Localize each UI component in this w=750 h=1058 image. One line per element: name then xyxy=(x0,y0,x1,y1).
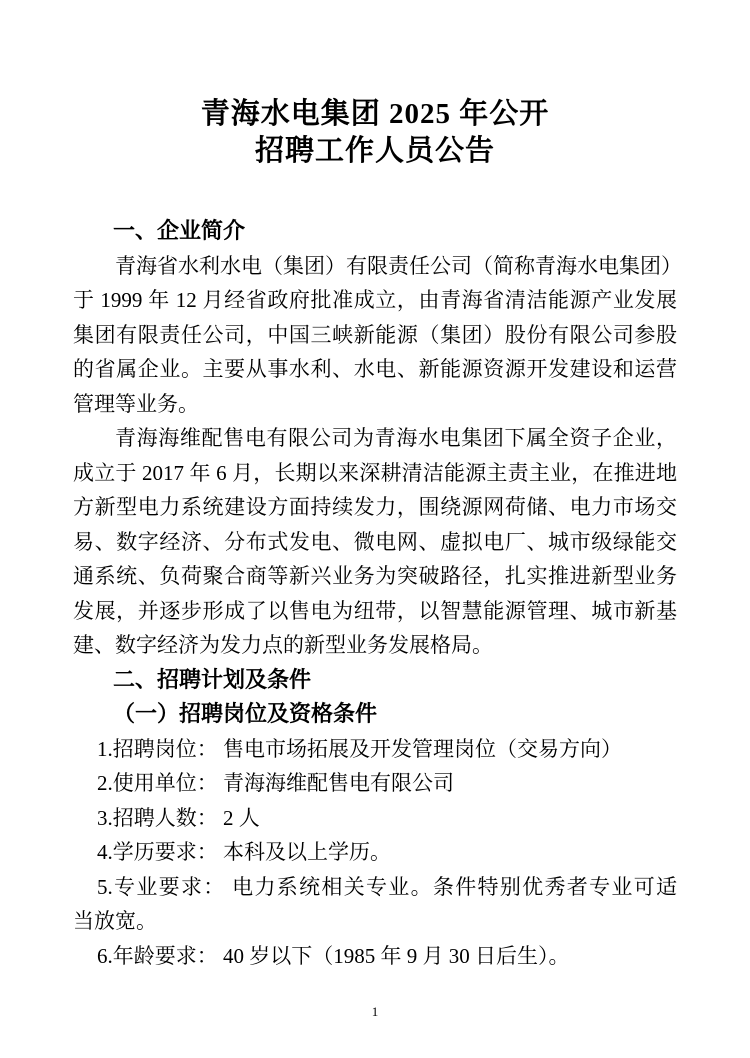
paragraph-line: 成立于 2017 年 6 月，长期以来深耕清洁能源主责主业，在推进地 xyxy=(73,456,677,491)
recruitment-conditions-list: 1.招聘岗位： 售电市场拓展及开发管理岗位（交易方向） 2.使用单位： 青海海维… xyxy=(73,732,677,974)
paragraph-line: 建、数字经济为发力点的新型业务发展格局。 xyxy=(73,628,677,663)
subsidiary-intro-paragraph: 青海海维配售电有限公司为青海水电集团下属全资子企业， 成立于 2017 年 6 … xyxy=(73,421,677,663)
paragraph-line: 于 1999 年 12 月经省政府批准成立，由青海省清洁能源产业发展 xyxy=(73,283,677,318)
paragraph-line: 的省属企业。主要从事水利、水电、新能源资源开发建设和运营 xyxy=(73,352,677,387)
section-2-sub-heading: （一）招聘岗位及资格条件 xyxy=(73,697,677,732)
title-line-2: 招聘工作人员公告 xyxy=(73,133,677,170)
title-line-1: 青海水电集团 2025 年公开 xyxy=(73,96,677,133)
list-item-headcount: 3.招聘人数： 2 人 xyxy=(73,801,677,836)
section-2-heading: 二、招聘计划及条件 xyxy=(73,663,677,698)
company-intro-paragraph: 青海省水利水电（集团）有限责任公司（简称青海水电集团） 于 1999 年 12 … xyxy=(73,249,677,422)
paragraph-line: 管理等业务。 xyxy=(73,387,677,422)
document-content: 青海水电集团 2025 年公开 招聘工作人员公告 一、企业简介 青海省水利水电（… xyxy=(0,96,750,973)
list-item-position: 1.招聘岗位： 售电市场拓展及开发管理岗位（交易方向） xyxy=(73,732,677,767)
paragraph-line: 发展，并逐步形成了以售电为纽带，以智慧能源管理、城市新基 xyxy=(73,594,677,629)
list-item-major: 5.专业要求： 电力系统相关专业。条件特别优秀者专业可适 xyxy=(73,870,677,905)
document-title: 青海水电集团 2025 年公开 招聘工作人员公告 xyxy=(73,96,677,170)
paragraph-line: 方新型电力系统建设方面持续发力，围绕源网荷储、电力市场交 xyxy=(73,490,677,525)
paragraph-line: 集团有限责任公司，中国三峡新能源（集团）股份有限公司参股 xyxy=(73,318,677,353)
document-page: 青海水电集团 2025 年公开 招聘工作人员公告 一、企业简介 青海省水利水电（… xyxy=(0,0,750,1058)
section-1-heading: 一、企业简介 xyxy=(73,214,677,249)
list-item-age: 6.年龄要求： 40 岁以下（1985 年 9 月 30 日后生）。 xyxy=(73,939,677,974)
list-item-education: 4.学历要求： 本科及以上学历。 xyxy=(73,835,677,870)
paragraph-line: 青海海维配售电有限公司为青海水电集团下属全资子企业， xyxy=(73,421,677,456)
list-item-major-continuation: 当放宽。 xyxy=(73,904,677,939)
page-number: 1 xyxy=(0,1004,750,1020)
list-item-employer: 2.使用单位： 青海海维配售电有限公司 xyxy=(73,766,677,801)
paragraph-line: 通系统、负荷聚合商等新兴业务为突破路径，扎实推进新型业务 xyxy=(73,559,677,594)
paragraph-line: 青海省水利水电（集团）有限责任公司（简称青海水电集团） xyxy=(73,249,677,284)
paragraph-line: 易、数字经济、分布式发电、微电网、虚拟电厂、城市级绿能交 xyxy=(73,525,677,560)
